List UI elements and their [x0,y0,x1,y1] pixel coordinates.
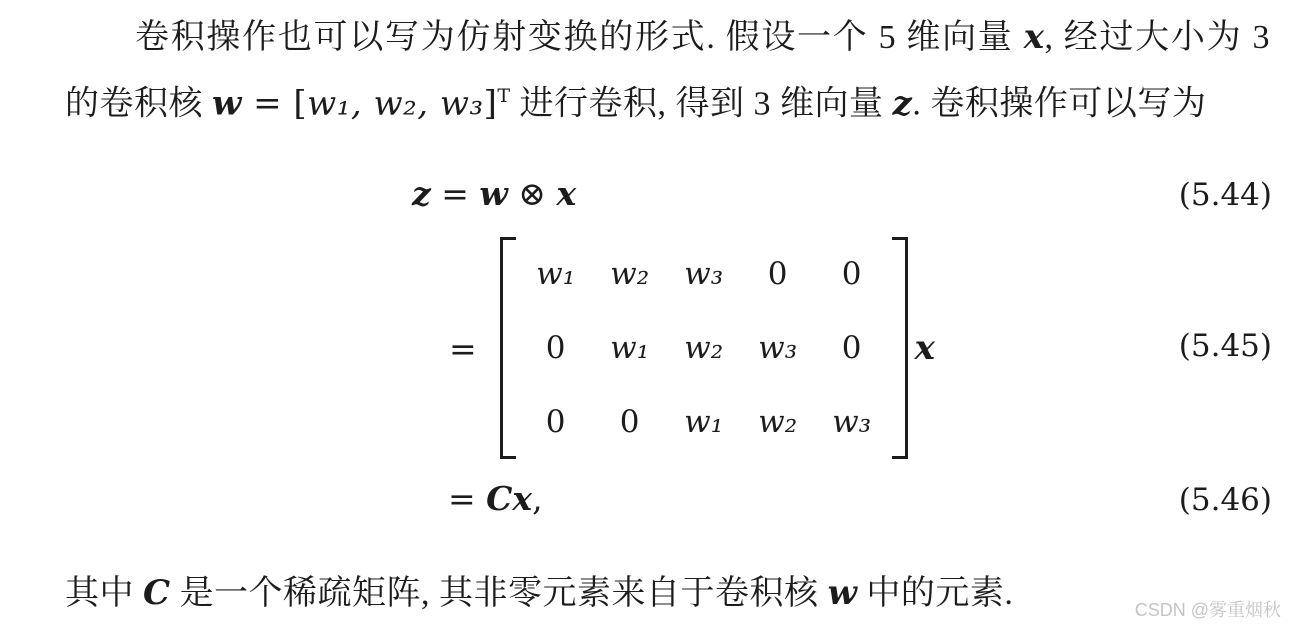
text-segment: 进行卷积, 得到 3 维向量 [511,85,893,122]
vector-x-symbol: x [556,174,576,213]
vector-z-symbol: z [893,83,913,123]
vector-w-symbol: w [828,573,858,613]
equals-sign: = [449,329,477,368]
transpose-superscript: T [497,85,510,107]
vector-x-symbol: x [1024,17,1045,57]
equation-5-46: = Cx, [448,479,543,520]
matrix-cell: w₁ [536,256,575,292]
csdn-watermark: CSDN @雾重烟秋 [1135,596,1281,622]
matrix-cell: w₁ [684,404,723,440]
matrix-right-bracket [892,237,908,459]
matrix-cell: w₃ [832,404,871,440]
matrix-cell: w₂ [758,404,797,440]
equation-number-5-46: (5.46) [1175,482,1272,518]
matrix-cell: 0 [842,330,862,366]
equation-5-44: z = w ⊗ x [412,174,576,215]
convolution-matrix: w₁ w₂ w₃ 0 0 0 w₁ w₂ w₃ 0 0 0 w₁ w₂ w₃ [500,237,908,459]
matrix-left-bracket [500,237,516,459]
vector-x-symbol: x [915,328,935,368]
equation-5-45: = w₁ w₂ w₃ 0 0 0 w₁ w₂ w₃ 0 0 0 w₁ w₂ w₃ [449,237,935,459]
text-segment: 卷积操作也可以写为仿射变换的形式. 假设一个 5 维向量 [135,19,1024,56]
matrix-cell: w₃ [684,256,723,292]
matrix-cell: w₃ [758,330,797,366]
text-segment: . 卷积操作可以写为 [912,85,1206,122]
matrix-cell: w₁ [610,330,649,366]
text-segment: 其中 [65,575,143,612]
kernel-entries: w₁, w₂, w₃ [307,83,483,123]
paragraph-intro: 卷积操作也可以写为仿射变换的形式. 假设一个 5 维向量 x, 经过大小为 3 … [65,8,1270,133]
matrix-cells: w₁ w₂ w₃ 0 0 0 w₁ w₂ w₃ 0 0 0 w₁ w₂ w₃ [516,237,892,459]
matrix-cell: w₂ [610,256,649,292]
document-page: 卷积操作也可以写为仿射变换的形式. 假设一个 5 维向量 x, 经过大小为 3 … [0,0,1307,626]
matrix-cell: 0 [546,404,566,440]
vector-w-symbol: w [479,174,507,213]
matrix-c-symbol: C [143,573,171,613]
math-segment: ] [484,83,498,123]
equals-sign: = [448,479,486,518]
comma: , [532,479,543,518]
matrix-cell: w₂ [684,330,723,366]
text-segment: 中的元素. [857,575,1013,612]
convolution-operator: ⊗ [508,174,557,213]
equals-sign: = [431,174,480,213]
matrix-vector-product: Cx [486,479,532,518]
matrix-cell: 0 [620,404,640,440]
vector-w-symbol: w [212,83,242,123]
equation-number-5-45: (5.45) [1175,328,1272,364]
vector-z-symbol: z [412,174,431,213]
matrix-cell: 0 [842,256,862,292]
equation-number-5-44: (5.44) [1175,177,1272,213]
math-segment: = [ [242,83,307,123]
paragraph-closing: 其中 C 是一个稀疏矩阵, 其非零元素来自于卷积核 w 中的元素. [65,564,1270,623]
matrix-cell: 0 [546,330,566,366]
text-segment: 是一个稀疏矩阵, 其非零元素来自于卷积核 [171,575,828,612]
matrix-cell: 0 [768,256,788,292]
